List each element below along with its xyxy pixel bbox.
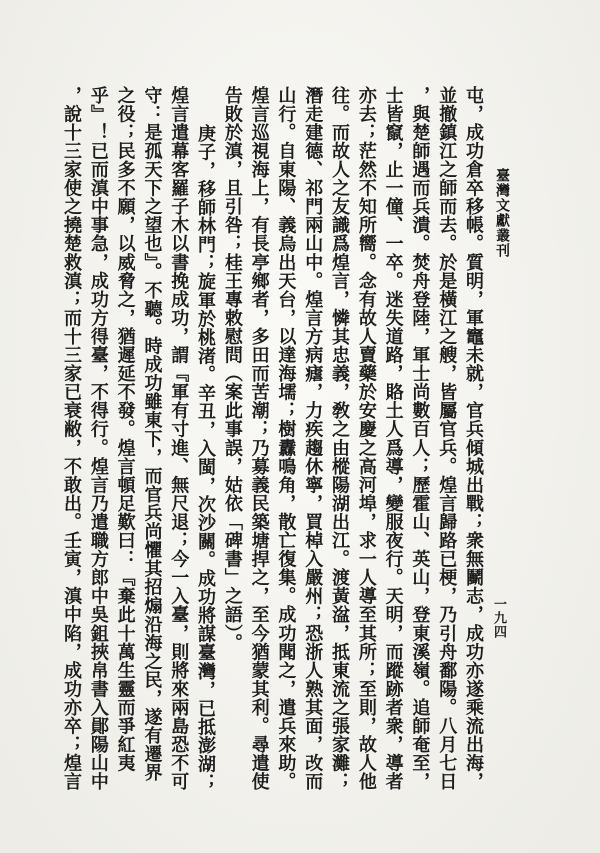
- text-column: 亦去；茫然不知所嚮。念有故人賣藥於安慶之高河埠，求一人導至其所；至則，故人他: [352, 86, 379, 800]
- page-number: 一九四: [489, 597, 508, 639]
- text-column: 並撤鎮江之師而去。於是橫江之艘，皆屬官兵。煌言歸路已梗，乃引舟鄱陽。八月七日: [432, 86, 459, 800]
- text-column: 煌言巡視海上，有長亭鄉者，多田而苦潮；乃募義民築塘捍之，至今猶蒙其利。尋遣使: [245, 86, 272, 800]
- text-column: 山行。自東陽、義烏出天台，以達海壖；樹纛鳴角，散亡復集。成功聞之，遣兵來助。: [272, 86, 299, 800]
- text-column: ，與楚師遇而兵潰。焚舟登陸，軍士尚數百人；歷霍山、英山，登東溪嶺。追師奄至，: [406, 86, 433, 800]
- book-page: 臺灣文獻叢刊 一九四 屯，成功倉卒移帳。質明，軍竈未就，官兵傾城出戰；衆無鬭志，…: [0, 0, 600, 853]
- text-column: 屯，成功倉卒移帳。質明，軍竈未就，官兵傾城出戰；衆無鬭志，成功亦遂乘流出海，: [459, 86, 486, 800]
- text-column: 煌言遣幕客羅子木以書挽成功，謂『軍有寸進、無尺退；今一入臺，則將來兩島恐不可: [164, 86, 191, 800]
- text-column: ，說十三家使之撓楚救滇；而十三家已衰敝，不敢出。壬寅，滇中陷，成功亦卒；煌言: [57, 86, 84, 800]
- text-column: 乎』！已而滇中事急，成功方得臺，不得行。煌言乃遣職方郎中吳鉏挾帛書入鄖陽山中: [84, 86, 111, 800]
- series-title: 臺灣文獻叢刊: [492, 168, 512, 258]
- text-column: 往。而故人之友識爲煌言，憐其忠義，敎之由樅陽湖出江。渡黃湓，抵東流之張家灘；: [325, 86, 352, 800]
- text-column: 庚子，移師林門；旋軍於桃渚。辛丑，入閩，次沙關。成功將謀臺灣，已抵澎湖；: [191, 86, 218, 838]
- text-column: 士皆竄，止一僮、一卒。迷失道路，賂土人爲導，變服夜行。天明，而蹤跡者衆，導者: [379, 86, 406, 800]
- text-column: 潛走建德、祁門兩山中。煌言方病瘧，力疾趨休寧，買棹入嚴州；恐浙人熟其面，改而: [298, 86, 325, 800]
- text-column: 告敗於滇，且引咎；桂王專敕慰問（案此事誤，姑依「碑書」之語）。: [218, 86, 245, 800]
- main-text-block: 屯，成功倉卒移帳。質明，軍竈未就，官兵傾城出戰；衆無鬭志，成功亦遂乘流出海， 並…: [57, 86, 486, 800]
- text-column: 守：是孤天下之望也』。不聽。時成功雖東下，而官兵尚懼其招煽沿海之民，遂有遷界: [138, 86, 165, 800]
- text-column: 之役；民多不願，以威脅之，猶遲延不發。煌言頓足歎曰：『棄此十萬生靈而爭紅夷: [111, 86, 138, 800]
